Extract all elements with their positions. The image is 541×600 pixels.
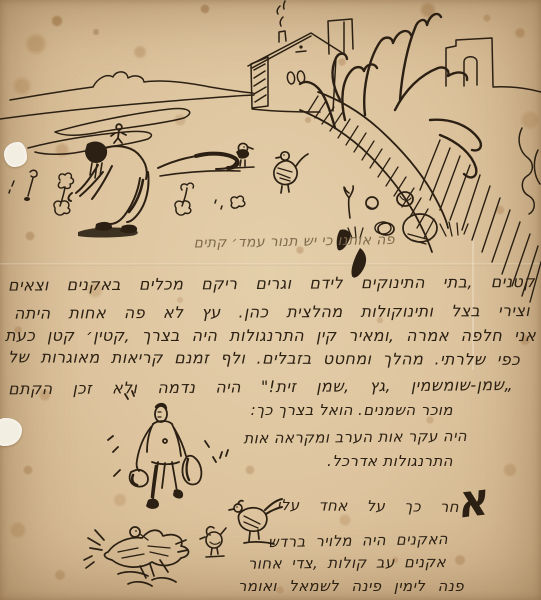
shed-door-on-roof (328, 19, 353, 54)
pecking-chicken (274, 152, 308, 193)
bending-gatherer-figure (68, 142, 148, 238)
plant-doodles (9, 170, 245, 215)
handwriting-line: התרנגולות אדרכל. (245, 452, 453, 470)
handwriting-line: אקנים עב קולות ,צדי אחור (248, 553, 446, 573)
handwriting-line: כפי שלרתי. מהלך ומחטט בזבלים. ולף זמנם ק… (8, 347, 520, 369)
winding-path (158, 154, 240, 176)
fighting-chickens (84, 527, 189, 586)
fallen-bare-tree (300, 14, 541, 302)
handwriting-line: קטנים ,בתי התינוקים לידם וגרים ריקם מכלי… (8, 272, 535, 295)
handwriting-line: פנה לימין פינה לשמאל ואומר (238, 577, 464, 595)
hills-horizon (0, 72, 254, 154)
handwriting-line: חר כך על אחד עלי (277, 496, 459, 516)
handwriting-line: וצירי בצל ותינוקולות מהלצית כהן. עץ לא פ… (14, 301, 530, 323)
handwriting-line: מוכר השמנים. הואל בצרך כך: (200, 401, 453, 419)
handwriting-line: היה עקר אות הערב ומקראה אות (205, 427, 467, 448)
handwriting-line: אני חלפה אמרה ,ומאיר קין התרנגולות היה ב… (5, 326, 536, 345)
courtyard-building-with-arch (446, 38, 541, 92)
house-with-smoking-chimney (248, 1, 344, 112)
chick (200, 527, 226, 557)
paper-tear (4, 142, 27, 167)
tiny-walker-figure (111, 124, 126, 143)
letter-photo: פה אותנו כי יש תנור עמד׳ קתים קטנים ,בתי… (0, 0, 541, 600)
handwriting-line: האקנים היה מלויר ברדש (268, 530, 448, 551)
